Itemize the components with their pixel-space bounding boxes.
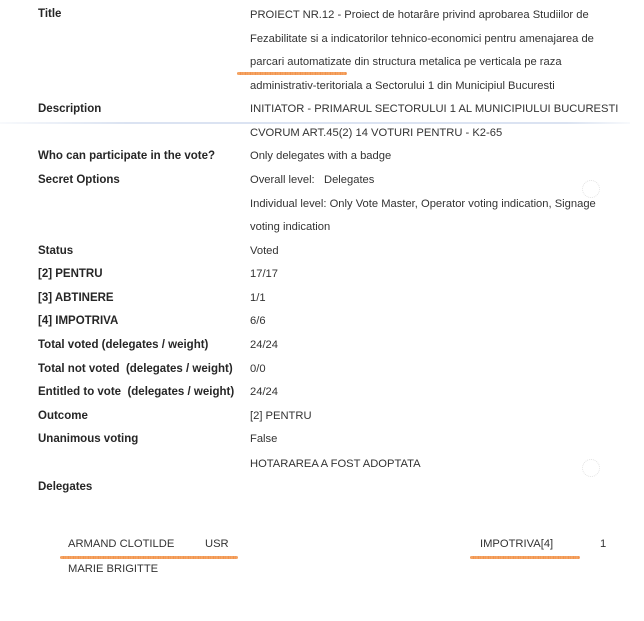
title-value: PROIECT NR.12 - Proiect de hotarâre priv… [250,4,594,99]
abtinere-value: 1/1 [250,292,266,304]
total-not-voted-label: Total not voted (delegates / weight) [38,363,233,375]
pentru-value: 17/17 [250,268,278,280]
title-label: Title [38,8,61,20]
title-line-2: Fezabilitate si a indicatorilor tehnico-… [250,28,594,52]
status-value: Voted [250,245,279,257]
total-voted-value: 24/24 [250,339,278,351]
participants-label: Who can participate in the vote? [38,150,215,162]
unanimous-value: False [250,433,277,445]
impotriva-label: [4] IMPOTRIVA [38,315,118,327]
secret-options-label: Secret Options [38,174,120,186]
status-label: Status [38,245,73,257]
entitled-value: 24/24 [250,386,278,398]
unanimous-label: Unanimous voting [38,433,138,445]
pentru-label: [2] PENTRU [38,268,103,280]
highlight-underline-delegate-name [60,556,238,559]
outcome-label: Outcome [38,410,88,422]
delegate-vote: IMPOTRIVA[4] [480,538,553,550]
secret-options-individual-line-2: voting indication [250,221,330,233]
description-line-2: CVORUM ART.45(2) 14 VOTURI PENTRU - K2-6… [250,127,502,139]
highlight-underline-delegate-vote [470,556,580,559]
description-label: Description [38,103,101,115]
delegate-party: USR [205,538,229,550]
delegate-name-line-1: ARMAND CLOTILDE [68,538,174,550]
loading-spinner-icon [582,180,600,198]
delegates-label: Delegates [38,481,92,493]
secret-options-individual-line-1: Individual level: Only Vote Master, Oper… [250,198,596,210]
delegate-weight: 1 [600,538,606,550]
secret-options-overall: Overall level: Delegates [250,174,374,186]
description-line-1: INITIATOR - PRIMARUL SECTORULUI 1 AL MUN… [250,103,618,115]
total-not-voted-value: 0/0 [250,363,266,375]
row-divider [0,122,630,124]
total-voted-label: Total voted (delegates / weight) [38,339,208,351]
abtinere-label: [3] ABTINERE [38,292,114,304]
entitled-label: Entitled to vote (delegates / weight) [38,386,234,398]
outcome-value: [2] PENTRU [250,410,312,422]
impotriva-value: 6/6 [250,315,266,327]
highlight-underline-title [237,72,347,75]
participants-value: Only delegates with a badge [250,150,391,162]
delegate-name-line-2: MARIE BRIGITTE [68,563,158,575]
title-line-1: PROIECT NR.12 - Proiect de hotarâre priv… [250,4,594,28]
result-note: HOTARAREA A FOST ADOPTATA [250,458,421,470]
loading-spinner-icon [582,459,600,477]
title-line-4: administrativ-teritoriala a Sectorului 1… [250,75,594,99]
